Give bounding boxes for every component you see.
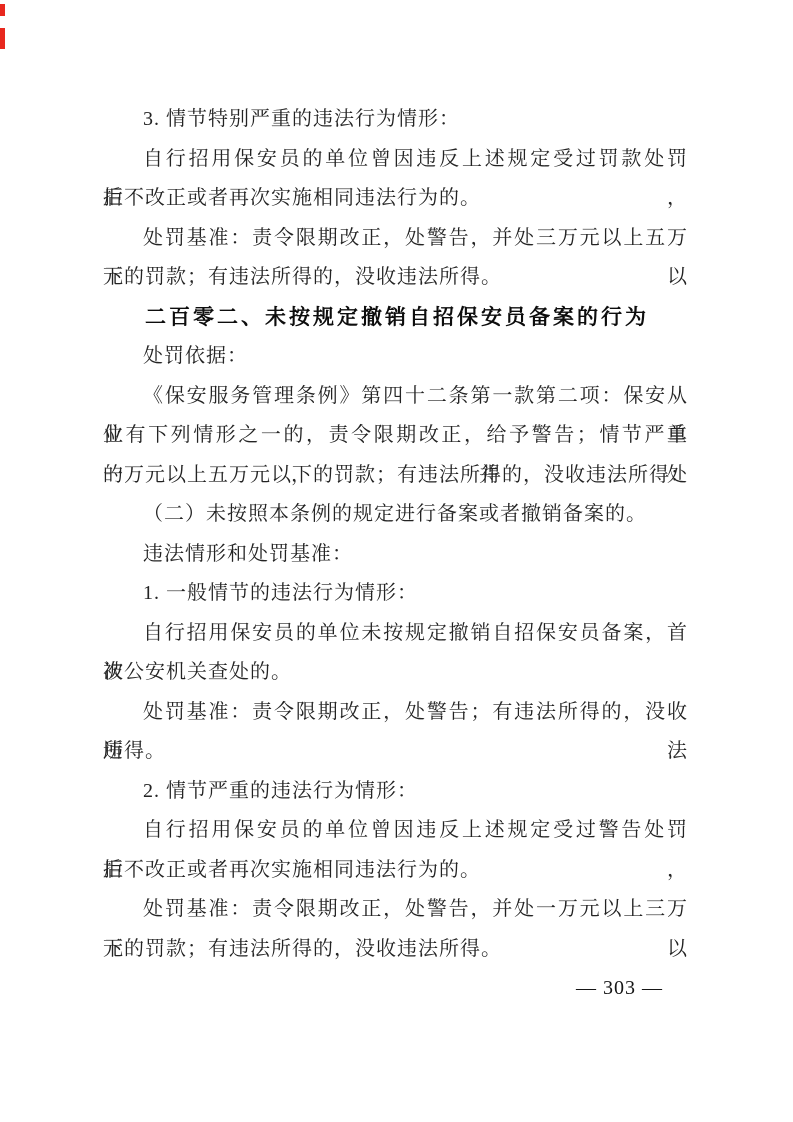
text-line: 处罚依据： — [103, 337, 688, 377]
text-line: 自行招用保安员的单位曾因违反上述规定受过罚款处罚后， — [103, 140, 688, 180]
text-line: 1. 一般情节的违法行为情形： — [103, 574, 688, 614]
text-line: （二）未按照本条例的规定进行备案或者撤销备案的。 — [103, 495, 688, 535]
text-line: 处罚基准：责令限期改正，处警告；有违法所得的，没收违法 — [103, 693, 688, 733]
section-heading: 二百零二、未按规定撤销自招保安员备案的行为 — [103, 298, 688, 338]
text-line: 位有下列情形之一的，责令限期改正，给予警告；情节严重的，并处 — [103, 416, 688, 456]
text-line: 2. 情节严重的违法行为情形： — [103, 772, 688, 812]
text-line: 被公安机关查处的。 — [103, 653, 688, 693]
text-line: 处罚基准：责令限期改正，处警告，并处三万元以上五万元以 — [103, 219, 688, 259]
text-line: 违法情形和处罚基准： — [103, 535, 688, 575]
red-margin-mark — [0, 28, 5, 49]
text-line: 3. 情节特别严重的违法行为情形： — [103, 100, 688, 140]
text-line: 处罚基准：责令限期改正，处警告，并处一万元以上三万元以 — [103, 890, 688, 930]
text-line: 自行招用保安员的单位曾因违反上述规定受过警告处罚后， — [103, 811, 688, 851]
text-block: 3. 情节特别严重的违法行为情形： 自行招用保安员的单位曾因违反上述规定受过罚款… — [103, 100, 688, 1009]
page-number: — 303 — — [103, 969, 688, 1009]
red-margin-mark — [0, 4, 5, 16]
text-line: 一万元以上五万元以下的罚款；有违法所得的，没收违法所得： — [103, 456, 688, 496]
document-page: 3. 情节特别严重的违法行为情形： 自行招用保安员的单位曾因违反上述规定受过罚款… — [0, 0, 793, 1122]
text-line: 《保安服务管理条例》第四十二条第一款第二项：保安从业单 — [103, 377, 688, 417]
text-line: 自行招用保安员的单位未按规定撤销自招保安员备案，首次 — [103, 614, 688, 654]
